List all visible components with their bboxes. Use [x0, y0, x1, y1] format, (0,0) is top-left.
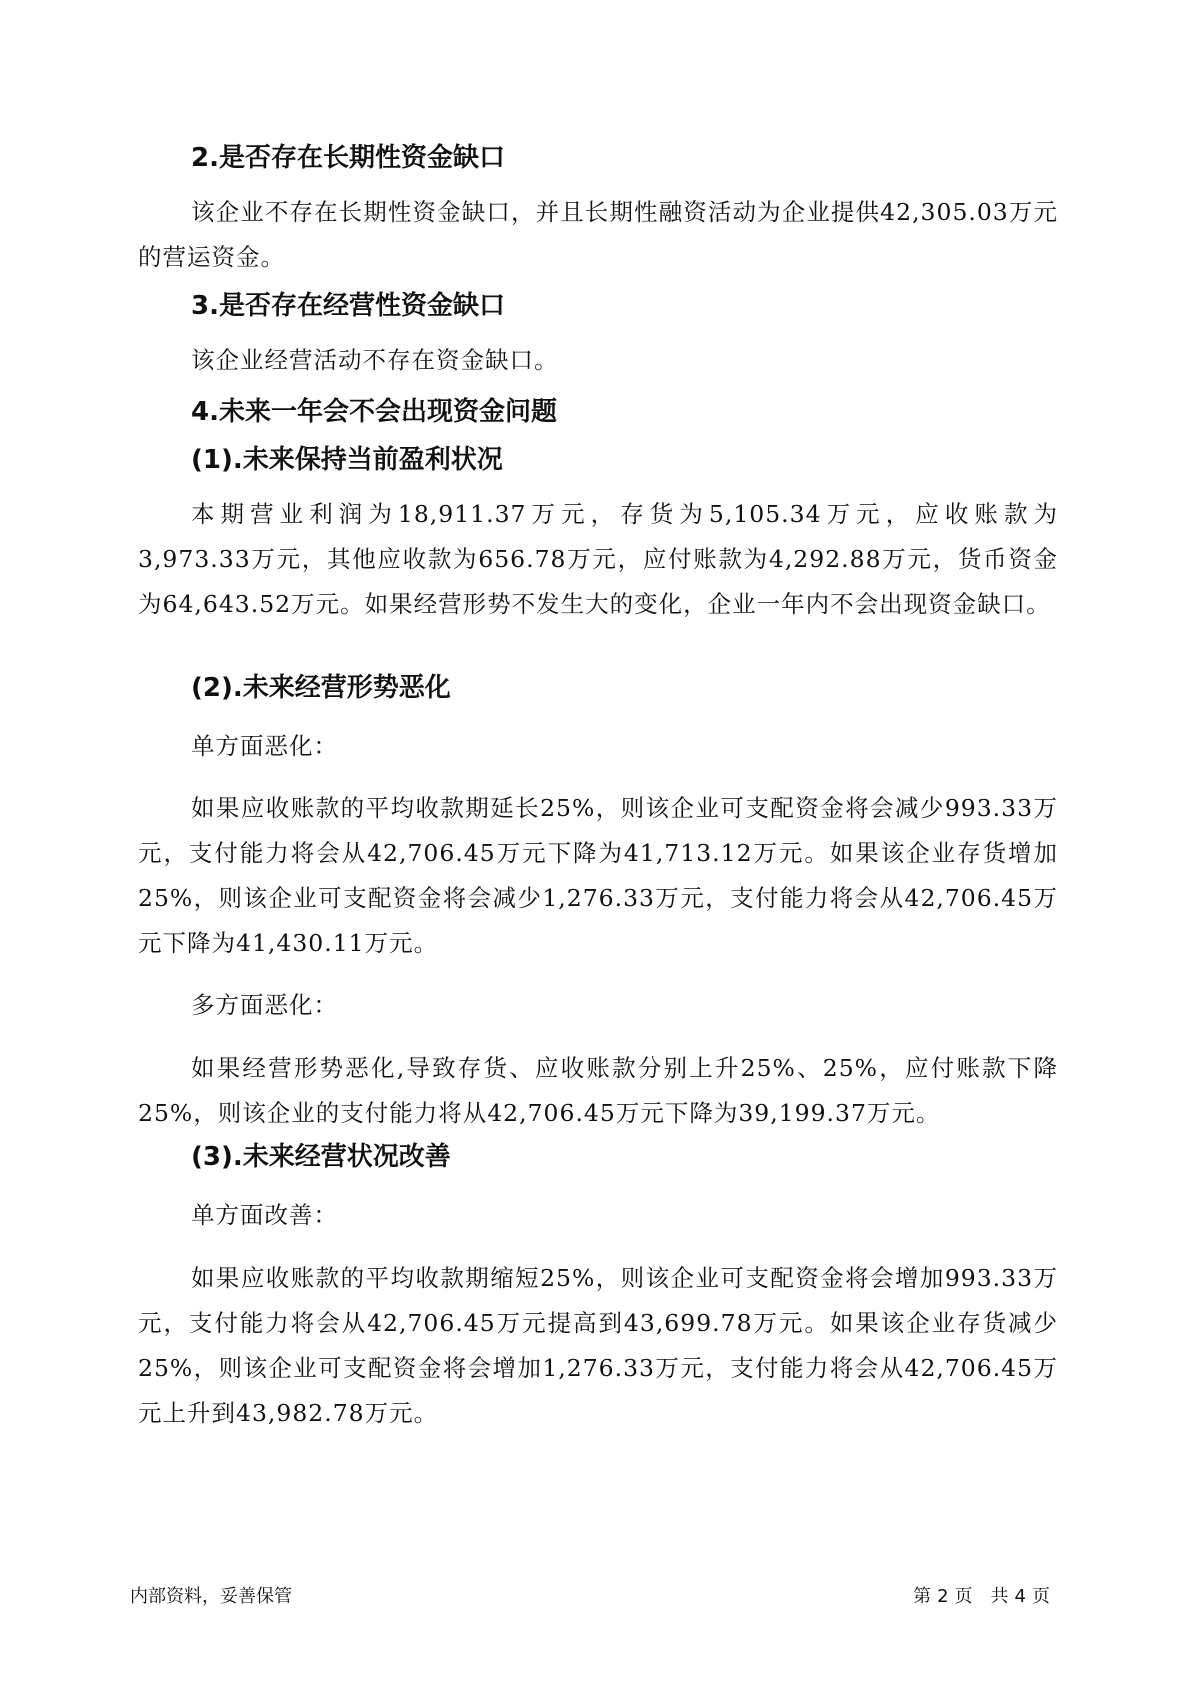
- page-total: 4: [1015, 1586, 1026, 1607]
- page-current: 2: [937, 1586, 948, 1607]
- paragraph-single-improve-label: 单方面改善：: [138, 1193, 1058, 1238]
- paragraph-operating-gap: 该企业经营活动不存在资金缺口。: [138, 338, 1058, 383]
- heading-future-year: 4.未来一年会不会出现资金问题: [138, 392, 557, 432]
- heading-long-term-gap: 2.是否存在长期性资金缺口: [138, 138, 505, 178]
- heading-worsen: (2).未来经营形势恶化: [138, 668, 451, 708]
- page-prefix: 第: [913, 1586, 931, 1607]
- paragraph-multi-worsen-label: 多方面恶化：: [138, 983, 1058, 1028]
- heading-operating-gap: 3.是否存在经营性资金缺口: [138, 286, 505, 326]
- paragraph-multi-worsen: 如果经营形势恶化,导致存货、应收账款分别上升25%、25%，应付账款下降25%，…: [138, 1046, 1058, 1136]
- page-suffix: 页: [1032, 1586, 1050, 1607]
- paragraph-single-worsen-label: 单方面恶化：: [138, 724, 1058, 769]
- paragraph-keep-profit: 本期营业利润为18,911.37万元，存货为5,105.34万元，应收账款为3,…: [138, 492, 1058, 627]
- paragraph-single-improve: 如果应收账款的平均收款期缩短25%，则该企业可支配资金将会增加993.33万元，…: [138, 1256, 1058, 1436]
- paragraph-single-worsen: 如果应收账款的平均收款期延长25%，则该企业可支配资金将会减少993.33万元，…: [138, 786, 1058, 966]
- footer-confidential-note: 内部资料，妥善保管: [130, 1582, 292, 1608]
- heading-improve: (3).未来经营状况改善: [138, 1137, 451, 1177]
- footer-page-number: 第2页 共4页: [910, 1582, 1053, 1608]
- document-page: 2.是否存在长期性资金缺口 该企业不存在长期性资金缺口，并且长期性融资活动为企业…: [0, 0, 1191, 1684]
- paragraph-long-term-gap: 该企业不存在长期性资金缺口，并且长期性融资活动为企业提供42,305.03万元的…: [138, 190, 1058, 280]
- heading-keep-profit: (1).未来保持当前盈利状况: [138, 440, 503, 480]
- page-mid: 页 共: [955, 1586, 1009, 1607]
